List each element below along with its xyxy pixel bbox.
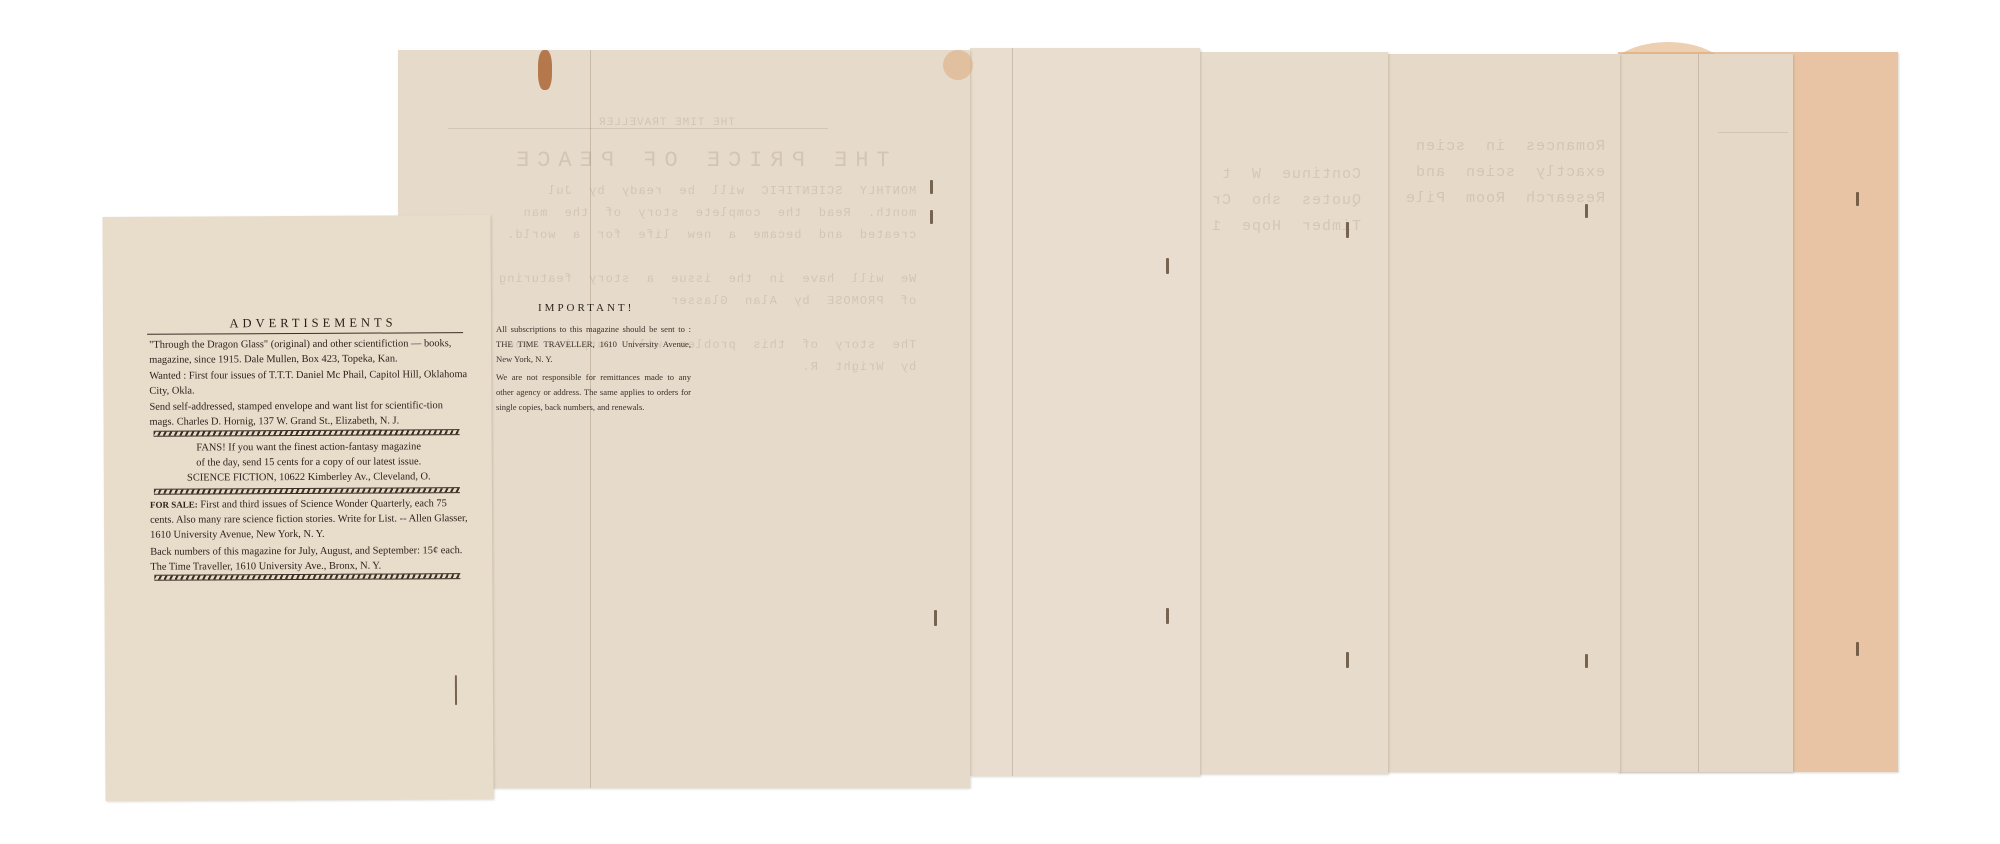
ad-fans-line-3: SCIENCE FICTION, 10622 Kimberley Av., Cl… [144, 469, 474, 486]
page-fold [1012, 48, 1013, 776]
staple-mark [1166, 258, 1169, 274]
advertisements-page: ADVERTISEMENTS "Through the Dragon Glass… [102, 215, 493, 801]
heading-rule [147, 332, 463, 335]
ad-back-numbers: Back numbers of this magazine for July, … [150, 543, 470, 575]
ad-for-sale: FOR SALE: First and third issues of Scie… [150, 496, 470, 543]
page-sheet-3: Continue W t Quotes sho Cr Timber Hope 1 [1196, 52, 1388, 774]
for-sale-text: First and third issues of Science Wonder… [150, 498, 468, 541]
staple-mark [455, 675, 457, 705]
advertisements-heading: ADVERTISEMENTS [163, 315, 463, 332]
staple-mark [1166, 608, 1169, 624]
ornamental-divider [154, 573, 460, 581]
ad-send-envelope: Send self-addressed, stamped envelope an… [149, 398, 469, 430]
ornamental-divider [154, 429, 460, 437]
ad-dragon-glass: "Through the Dragon Glass" (original) an… [149, 336, 469, 368]
page-sheet-4: Romances in scien exactly scien and Rese… [1385, 54, 1620, 772]
staple-mark [930, 180, 933, 194]
for-sale-label: FOR SALE: [150, 500, 198, 510]
staple-mark [1856, 642, 1859, 656]
staple-mark [934, 610, 937, 626]
staple-mark [1346, 652, 1349, 668]
page-fold [590, 50, 591, 788]
ornamental-divider [154, 487, 460, 495]
bleed-through-rule [1718, 132, 1788, 133]
ad-wanted-ttt: Wanted : First four issues of T.T.T. Dan… [149, 367, 469, 399]
ad-fans-line-2: of the day, send 15 cents for a copy of … [144, 454, 474, 471]
rust-stain [538, 50, 552, 90]
staple-mark [930, 210, 933, 224]
staple-mark [1856, 192, 1859, 206]
bleed-through-text: Romances in scien exactly scien and Rese… [1405, 134, 1605, 212]
page-sheet-2 [970, 48, 1200, 776]
staple-mark [1585, 654, 1588, 668]
bleed-through-heading: THE PRICE OF PEACE [508, 148, 890, 174]
bleed-through-header: THE TIME TRAVELLER [598, 110, 735, 136]
corner-stain [943, 50, 973, 80]
bleed-through-text: Continue W t Quotes sho Cr Timber Hope 1 [1211, 162, 1361, 240]
page-sheet-5 [1618, 54, 1793, 772]
important-paragraph-1: All subscriptions to this magazine shoul… [496, 322, 691, 367]
important-paragraph-2: We are not responsible for remittances m… [496, 370, 691, 415]
ad-fans-line-1: FANS! If you want the finest action-fant… [144, 439, 474, 456]
page-fold [1698, 54, 1699, 772]
important-heading: IMPORTANT! [538, 302, 634, 314]
